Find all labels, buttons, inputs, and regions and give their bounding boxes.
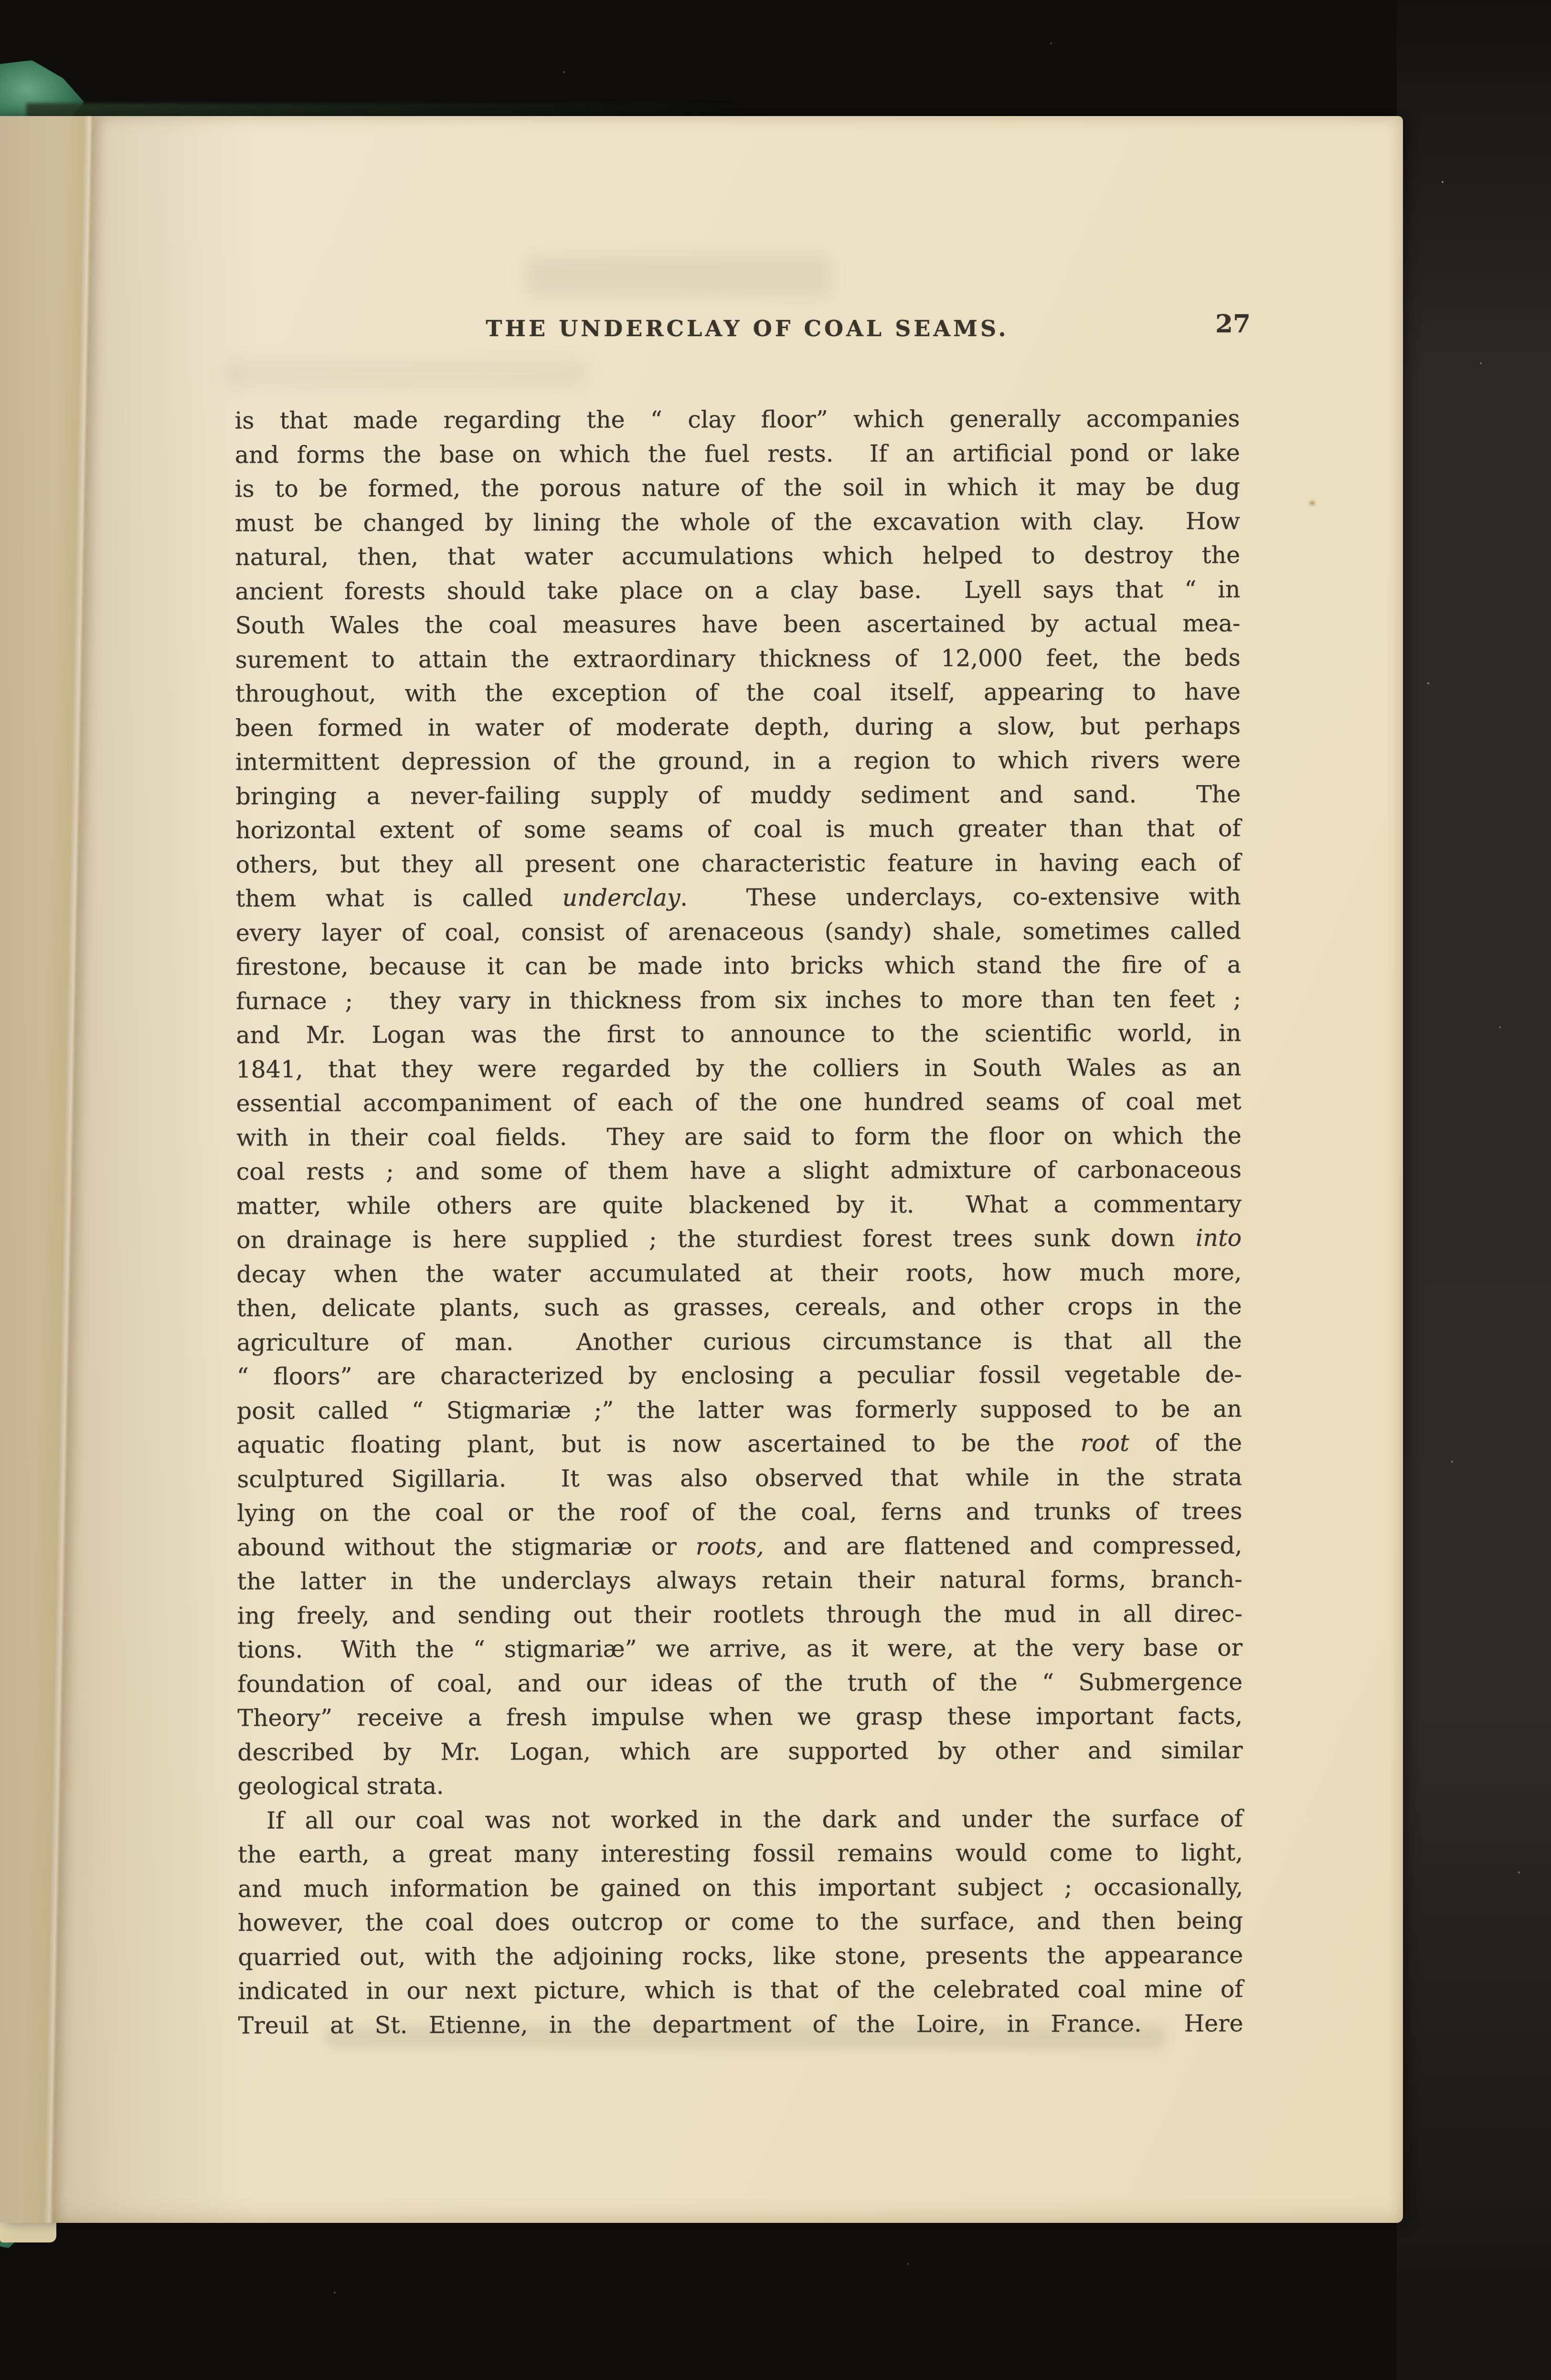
text-line: lying on the coal or the roof of the coa… [237,1494,1242,1530]
text-segment: Theory” receive a fresh impulse when we … [237,1702,1243,1732]
scanner-background-right [1397,0,1551,2380]
text-segment: the latter in the underclays always reta… [237,1566,1243,1595]
text-line: furnace ; they vary in thickness from si… [236,982,1241,1018]
text-line: is to be formed, the porous nature of th… [235,470,1240,506]
text-line: natural, then, that water accumulations … [235,538,1240,574]
text-line: described by Mr. Logan, which are suppor… [237,1733,1243,1769]
text-line: them what is called underclay. These und… [236,880,1241,916]
gutter-shadow [0,116,258,2223]
text-segment: then, delicate plants, such as grasses, … [236,1293,1242,1322]
text-line: sculptured Sigillaria. It was also obser… [237,1460,1242,1496]
text-segment: ancient forests should take place on a c… [235,575,1240,605]
text-line: and much information be gained on this i… [238,1870,1243,1906]
show-through-smudge [224,360,587,388]
text-segment: with in their coal fields. They are said… [236,1122,1242,1151]
text-segment: them what is called [236,884,563,912]
text-line: must be changed by lining the whole of t… [235,504,1240,540]
text-segment: quarried out, with the adjoining rocks, … [238,1941,1243,1970]
text-line: others, but they all present one charact… [235,845,1241,882]
text-segment: bringing a never-failing supply of muddy… [235,780,1241,809]
italic-text-segment: underclay [562,884,680,912]
text-segment: others, but they all present one charact… [235,849,1241,878]
text-segment: agriculture of man. Another curious circ… [236,1327,1242,1356]
text-line: decay when the water accumulated at thei… [236,1255,1242,1291]
text-segment: natural, then, that water accumulations … [235,542,1240,571]
text-line: the latter in the underclays always reta… [237,1562,1242,1599]
text-segment: and Mr. Logan was the first to announce … [236,1020,1241,1049]
text-line: on drainage is here supplied ; the sturd… [236,1221,1242,1257]
text-line: ancient forests should take place on a c… [235,572,1240,608]
dust-specks [0,0,1,1]
text-line: been formed in water of moderate depth, … [235,709,1241,745]
text-segment: tions. With the “ stigmariæ” we arrive, … [237,1634,1243,1663]
text-line: 1841, that they were regarded by the col… [236,1050,1241,1086]
text-line: and Mr. Logan was the first to announce … [236,1016,1241,1052]
text-segment: sculptured Sigillaria. It was also obser… [237,1463,1242,1492]
text-segment: geological strata. [237,1772,444,1800]
text-line: with in their coal fields. They are said… [236,1118,1242,1155]
text-segment: Treuil at St. Etienne, in the department… [238,2009,1243,2039]
text-line: essential accompaniment of each of the o… [236,1084,1241,1121]
book-page: THE UNDERCLAY OF COAL SEAMS. 27 is that … [0,116,1403,2223]
text-segment: indicated in our next picture, which is … [238,1976,1243,2005]
text-line: agriculture of man. Another curious circ… [236,1323,1242,1360]
text-line: however, the coal does outcrop or come t… [238,1904,1243,1940]
text-line: “ floors” are characterized by enclosing… [237,1358,1242,1394]
text-segment: intermittent depression of the ground, i… [235,746,1241,776]
text-segment: essential accompaniment of each of the o… [236,1088,1241,1117]
text-segment: every layer of coal, consist of arenaceo… [236,917,1241,946]
text-line: ing freely, and sending out their rootle… [237,1596,1243,1633]
text-line: the earth, a great many interesting foss… [238,1836,1243,1872]
text-line: aquatic floating plant, but is now ascer… [237,1426,1242,1462]
scanned-book-photo: THE UNDERCLAY OF COAL SEAMS. 27 is that … [0,0,1551,2380]
text-segment: posit called “ Stigmariæ ;” the latter w… [237,1395,1242,1424]
text-segment: If all our coal was not worked in the da… [266,1805,1243,1834]
text-line: foundation of coal, and our ideas of the… [237,1665,1243,1701]
text-segment: foundation of coal, and our ideas of the… [237,1668,1243,1697]
show-through-smudge [525,255,831,297]
text-segment: furnace ; they vary in thickness from si… [236,985,1241,1014]
italic-text-segment: into [1196,1224,1242,1252]
text-line: coal rests ; and some of them have a sli… [236,1153,1242,1189]
running-header: THE UNDERCLAY OF COAL SEAMS. [486,316,1009,341]
text-segment: coal rests ; and some of them have a sli… [236,1156,1242,1185]
foxing-spot [1309,501,1315,505]
text-line: is that made regarding the “ clay floor”… [234,402,1240,438]
text-line: horizontal extent of some seams of coal … [235,811,1241,848]
text-line: If all our coal was not worked in the da… [238,1801,1243,1838]
text-segment: lying on the coal or the roof of the coa… [237,1498,1242,1527]
page-number: 27 [1215,309,1251,339]
text-line: every layer of coal, consist of arenaceo… [236,914,1241,950]
body-text: is that made regarding the “ clay floor”… [234,402,1243,2042]
text-segment: . These underclays, co-extensive with [680,883,1241,911]
text-segment: of the [1129,1429,1243,1456]
text-segment: and much information be gained on this i… [238,1873,1243,1902]
text-segment: the earth, a great many interesting foss… [238,1839,1243,1868]
text-line: quarried out, with the adjoining rocks, … [238,1938,1243,1974]
text-segment: ing freely, and sending out their rootle… [237,1600,1243,1629]
text-segment: throughout, with the exception of the co… [235,678,1241,707]
text-segment: is that made regarding the “ clay floor”… [234,405,1240,434]
text-line: and forms the base on which the fuel res… [235,436,1240,472]
text-segment: matter, while others are quite blackened… [236,1190,1242,1219]
text-segment: aquatic floating plant, but is now ascer… [237,1430,1081,1459]
text-segment: “ floors” are characterized by enclosing… [237,1361,1242,1390]
text-line: intermittent depression of the ground, i… [235,743,1241,779]
text-segment: firestone, because it can be made into b… [236,951,1241,980]
text-segment: 1841, that they were regarded by the col… [236,1053,1241,1083]
text-line: tions. With the “ stigmariæ” we arrive, … [237,1631,1243,1667]
text-line: abound without the stigmariæ or roots, a… [237,1528,1242,1564]
text-line: then, delicate plants, such as grasses, … [236,1289,1242,1326]
italic-text-segment: roots, [696,1532,764,1560]
text-segment: and forms the base on which the fuel res… [235,439,1240,468]
text-segment: abound without the stigmariæ or [237,1533,695,1561]
text-segment: must be changed by lining the whole of t… [235,507,1240,536]
text-line: South Wales the coal measures have been … [235,606,1240,643]
text-line: Theory” receive a fresh impulse when we … [237,1699,1243,1735]
text-line: matter, while others are quite blackened… [236,1187,1242,1223]
text-segment: surement to attain the extraordinary thi… [235,644,1240,673]
text-line: bringing a never-failing supply of muddy… [235,777,1241,813]
text-line: surement to attain the extraordinary thi… [235,640,1240,677]
text-line: firestone, because it can be made into b… [236,948,1241,984]
text-line: throughout, with the exception of the co… [235,675,1241,711]
text-line: indicated in our next picture, which is … [238,1972,1243,2008]
text-segment: decay when the water accumulated at thei… [236,1258,1242,1287]
text-segment: been formed in water of moderate depth, … [235,712,1241,741]
italic-text-segment: root [1080,1429,1129,1456]
text-segment: South Wales the coal measures have been … [235,610,1240,639]
text-segment: horizontal extent of some seams of coal … [235,815,1241,844]
text-segment: and are flattened and compressed, [764,1531,1243,1560]
text-segment: on drainage is here supplied ; the sturd… [236,1224,1196,1254]
text-line: geological strata. [237,1767,1243,1804]
text-segment: however, the coal does outcrop or come t… [238,1907,1243,1936]
text-segment: described by Mr. Logan, which are suppor… [237,1736,1243,1765]
text-line: Treuil at St. Etienne, in the department… [238,2006,1243,2042]
text-line: posit called “ Stigmariæ ;” the latter w… [237,1392,1242,1428]
text-segment: is to be formed, the porous nature of th… [235,473,1240,502]
